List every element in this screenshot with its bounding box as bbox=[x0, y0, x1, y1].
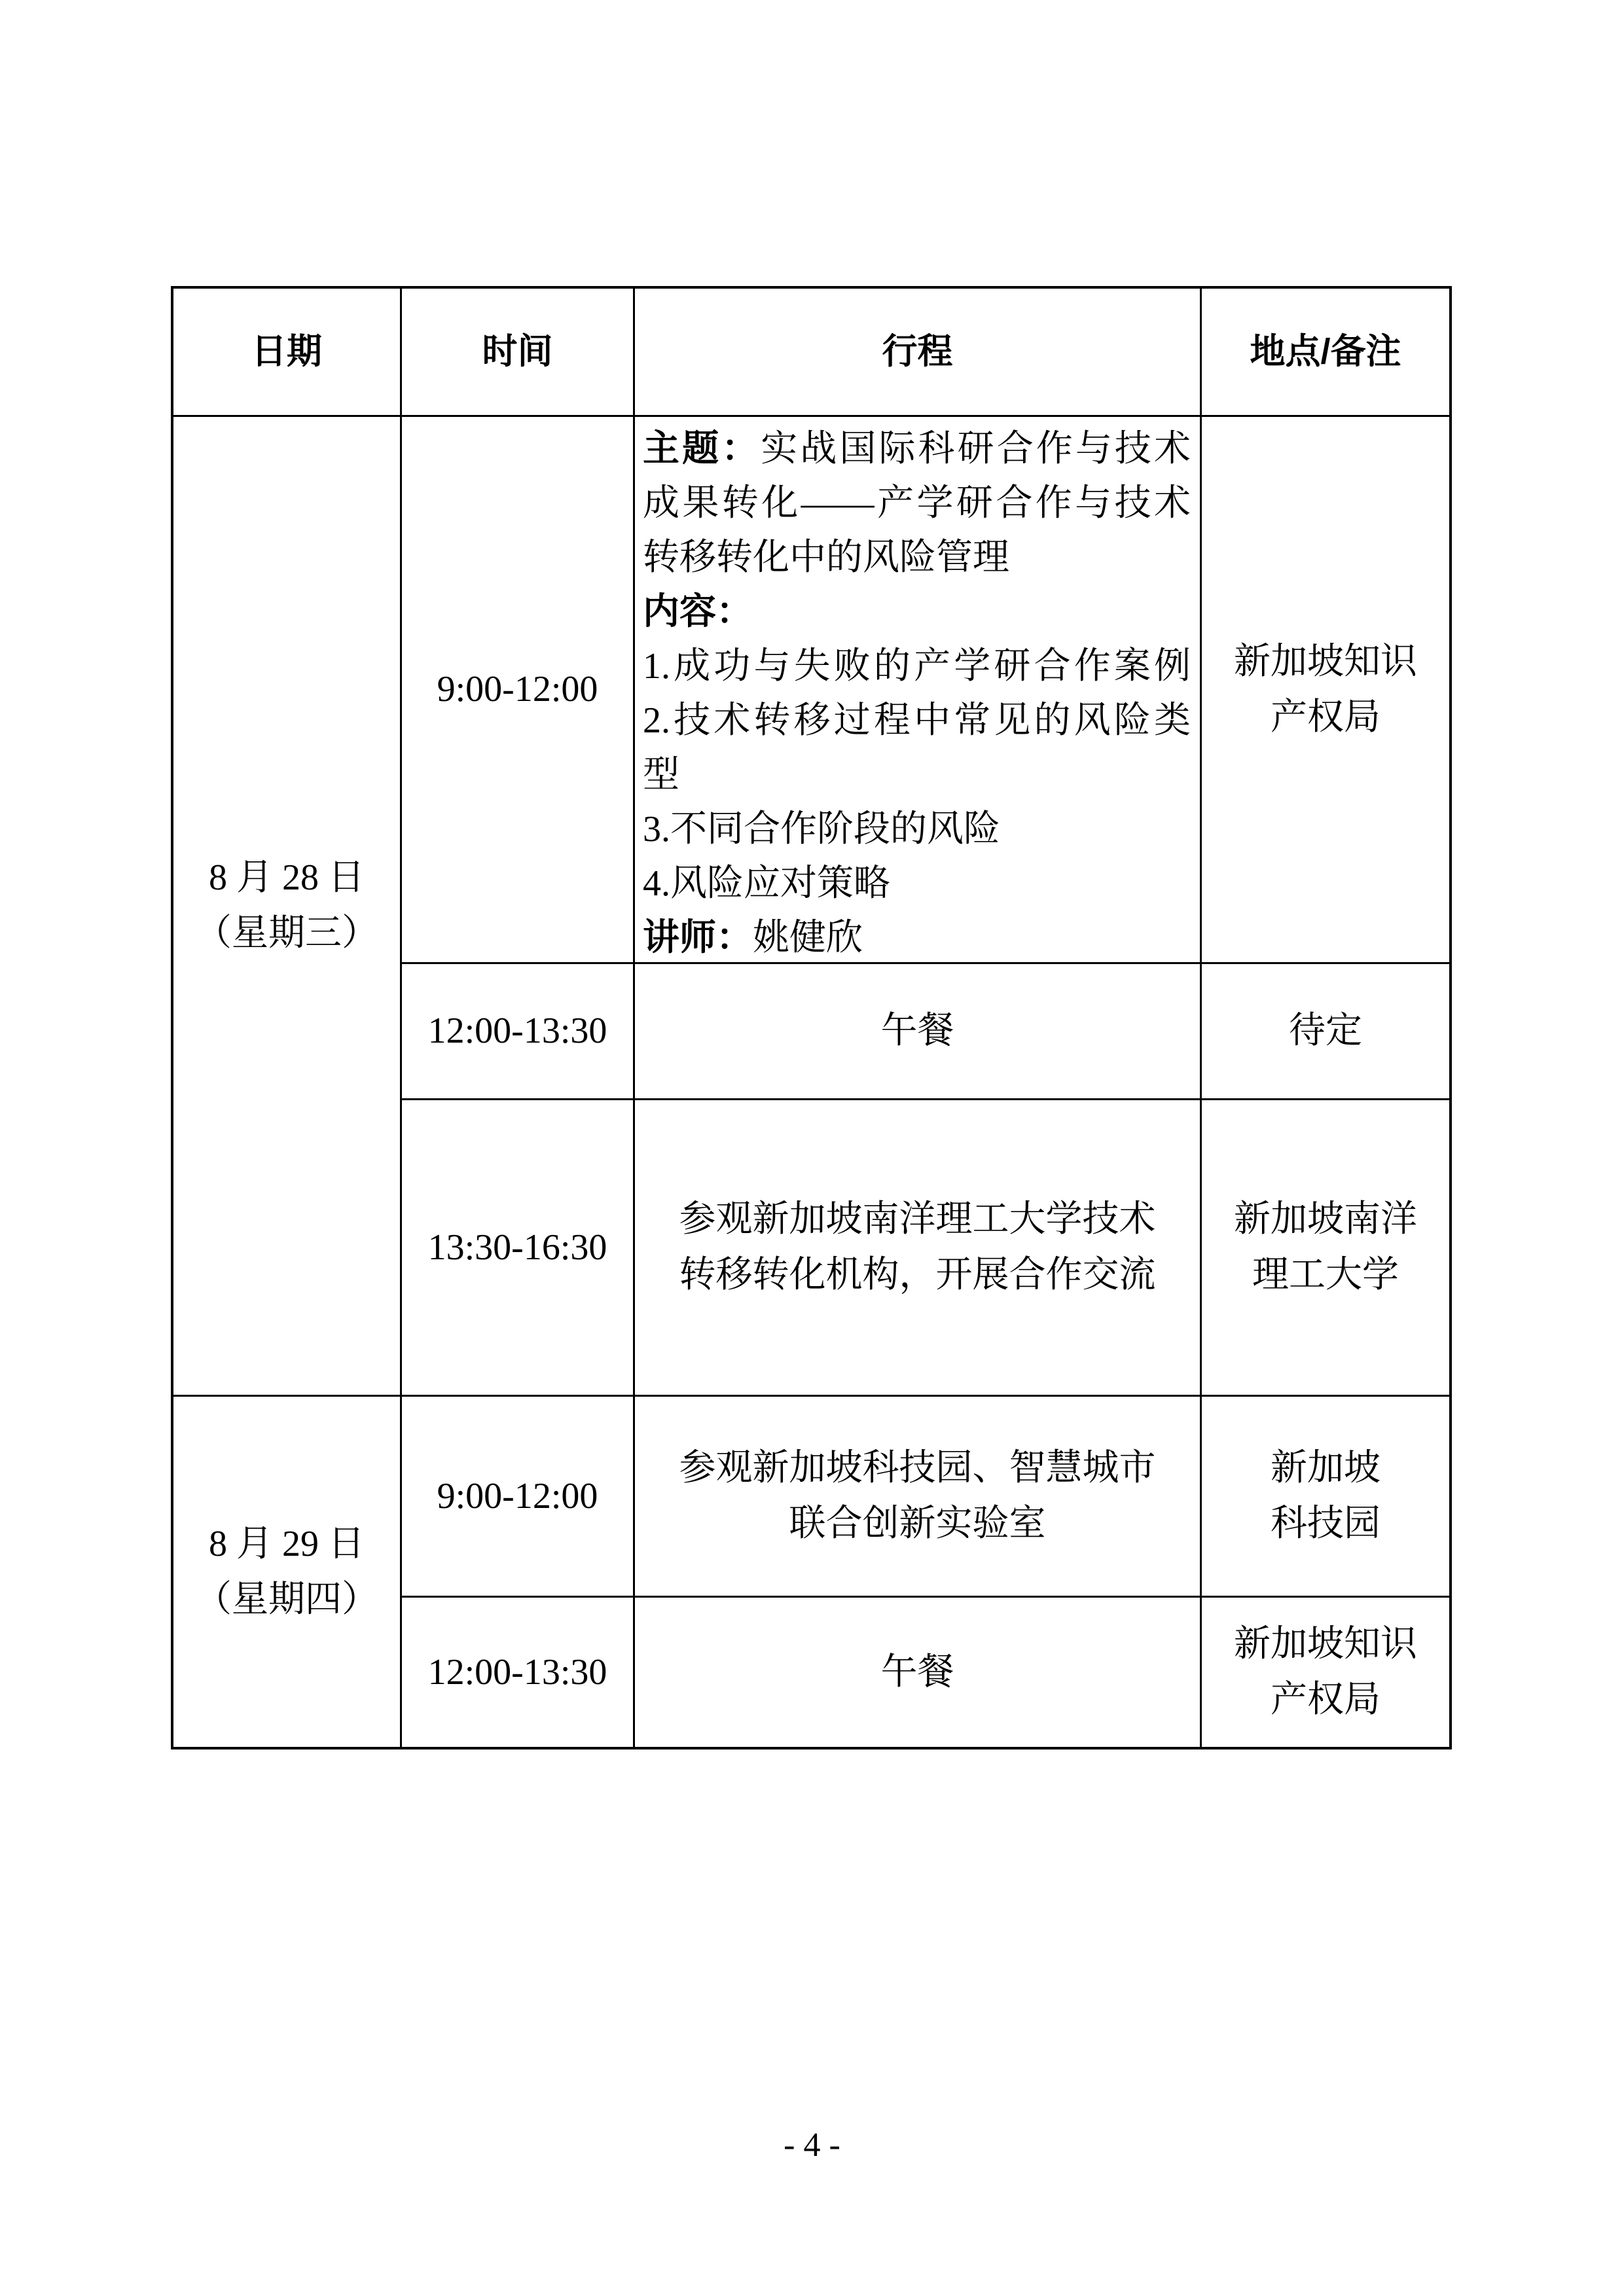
schedule-table: 日期 时间 行程 地点/备注 8 月 28 日 （星期三） 9:00-12:00… bbox=[171, 286, 1452, 1749]
header-cell-itinerary: 行程 bbox=[635, 289, 1202, 417]
time-text: 12:00-13:30 bbox=[428, 1645, 607, 1700]
weekday-text: （星期三） bbox=[195, 906, 378, 961]
activity-text: 午餐 bbox=[881, 1645, 954, 1700]
agenda-item-3: 3.不同合作阶段的风险 bbox=[643, 802, 1191, 857]
activity-text: 参观新加坡科技园、智慧城市 bbox=[679, 1441, 1156, 1496]
agenda-item-1: 1.成功与失败的产学研合作案例 bbox=[643, 639, 1191, 694]
location-text: 新加坡知识 bbox=[1234, 1617, 1417, 1672]
lecturer-name: 姚健欣 bbox=[753, 918, 863, 958]
date-cell-aug-28: 8 月 28 日 （星期三） bbox=[173, 417, 402, 1397]
lecturer-label: 讲师： bbox=[643, 918, 753, 958]
page-number: - 4 - bbox=[0, 2126, 1624, 2164]
location-text: 待定 bbox=[1289, 1003, 1362, 1059]
location-cell-r5: 新加坡知识 产权局 bbox=[1202, 1598, 1449, 1747]
topic-text: 实战国际科研合作与技术 bbox=[761, 429, 1191, 469]
header-date-label: 日期 bbox=[251, 324, 322, 380]
agenda-item-2: 2.技术转移过程中常见的风险类 bbox=[643, 694, 1191, 748]
itinerary-cell-r2: 午餐 bbox=[635, 964, 1202, 1100]
time-cell-r4: 9:00-12:00 bbox=[402, 1397, 635, 1598]
location-text: 理工大学 bbox=[1252, 1247, 1399, 1303]
topic-label: 主题： bbox=[643, 429, 761, 469]
agenda-line: 转移转化中的风险管理 bbox=[643, 531, 1191, 585]
time-text: 12:00-13:30 bbox=[428, 1003, 607, 1059]
weekday-text: （星期四） bbox=[195, 1572, 378, 1628]
agenda-item-4: 4.风险应对策略 bbox=[643, 857, 1191, 911]
activity-text: 转移转化机构，开展合作交流 bbox=[679, 1247, 1156, 1303]
time-text: 9:00-12:00 bbox=[437, 662, 598, 717]
location-text: 科技园 bbox=[1271, 1496, 1380, 1552]
header-itinerary-label: 行程 bbox=[882, 324, 953, 380]
agenda-line-topic: 主题：实战国际科研合作与技术 bbox=[643, 422, 1191, 476]
location-text: 产权局 bbox=[1271, 1672, 1380, 1728]
header-cell-time: 时间 bbox=[402, 289, 635, 417]
document-page: 日期 时间 行程 地点/备注 8 月 28 日 （星期三） 9:00-12:00… bbox=[0, 0, 1624, 2296]
header-cell-date: 日期 bbox=[173, 289, 402, 417]
date-text: 8 月 29 日 bbox=[209, 1516, 365, 1572]
activity-text: 联合创新实验室 bbox=[789, 1496, 1046, 1552]
itinerary-cell-r1: 主题：实战国际科研合作与技术 成果转化——产学研合作与技术 转移转化中的风险管理… bbox=[635, 417, 1202, 964]
itinerary-cell-r4: 参观新加坡科技园、智慧城市 联合创新实验室 bbox=[635, 1397, 1202, 1598]
agenda-line-lecturer: 讲师：姚健欣 bbox=[643, 911, 1191, 964]
location-cell-r3: 新加坡南洋 理工大学 bbox=[1202, 1100, 1449, 1397]
header-cell-location: 地点/备注 bbox=[1202, 289, 1449, 417]
date-cell-aug-29: 8 月 29 日 （星期四） bbox=[173, 1397, 402, 1747]
location-cell-r2: 待定 bbox=[1202, 964, 1449, 1100]
itinerary-cell-r3: 参观新加坡南洋理工大学技术 转移转化机构，开展合作交流 bbox=[635, 1100, 1202, 1397]
time-text: 13:30-16:30 bbox=[428, 1220, 607, 1276]
content-label: 内容： bbox=[643, 585, 1191, 639]
location-cell-r1: 新加坡知识 产权局 bbox=[1202, 417, 1449, 964]
header-time-label: 时间 bbox=[482, 324, 553, 380]
location-text: 产权局 bbox=[1271, 690, 1380, 745]
location-text: 新加坡 bbox=[1271, 1441, 1380, 1496]
time-cell-r3: 13:30-16:30 bbox=[402, 1100, 635, 1397]
itinerary-cell-r5: 午餐 bbox=[635, 1598, 1202, 1747]
date-text: 8 月 28 日 bbox=[209, 850, 365, 906]
location-text: 新加坡知识 bbox=[1234, 634, 1417, 690]
agenda-item-2-cont: 型 bbox=[643, 748, 1191, 802]
time-cell-r5: 12:00-13:30 bbox=[402, 1598, 635, 1747]
time-text: 9:00-12:00 bbox=[437, 1469, 598, 1524]
time-cell-r1: 9:00-12:00 bbox=[402, 417, 635, 964]
location-cell-r4: 新加坡 科技园 bbox=[1202, 1397, 1449, 1598]
agenda-line: 成果转化——产学研合作与技术 bbox=[643, 476, 1191, 531]
time-cell-r2: 12:00-13:30 bbox=[402, 964, 635, 1100]
activity-text: 午餐 bbox=[881, 1003, 954, 1059]
activity-text: 参观新加坡南洋理工大学技术 bbox=[679, 1192, 1156, 1247]
location-text: 新加坡南洋 bbox=[1234, 1192, 1417, 1247]
header-location-label: 地点/备注 bbox=[1250, 324, 1401, 380]
